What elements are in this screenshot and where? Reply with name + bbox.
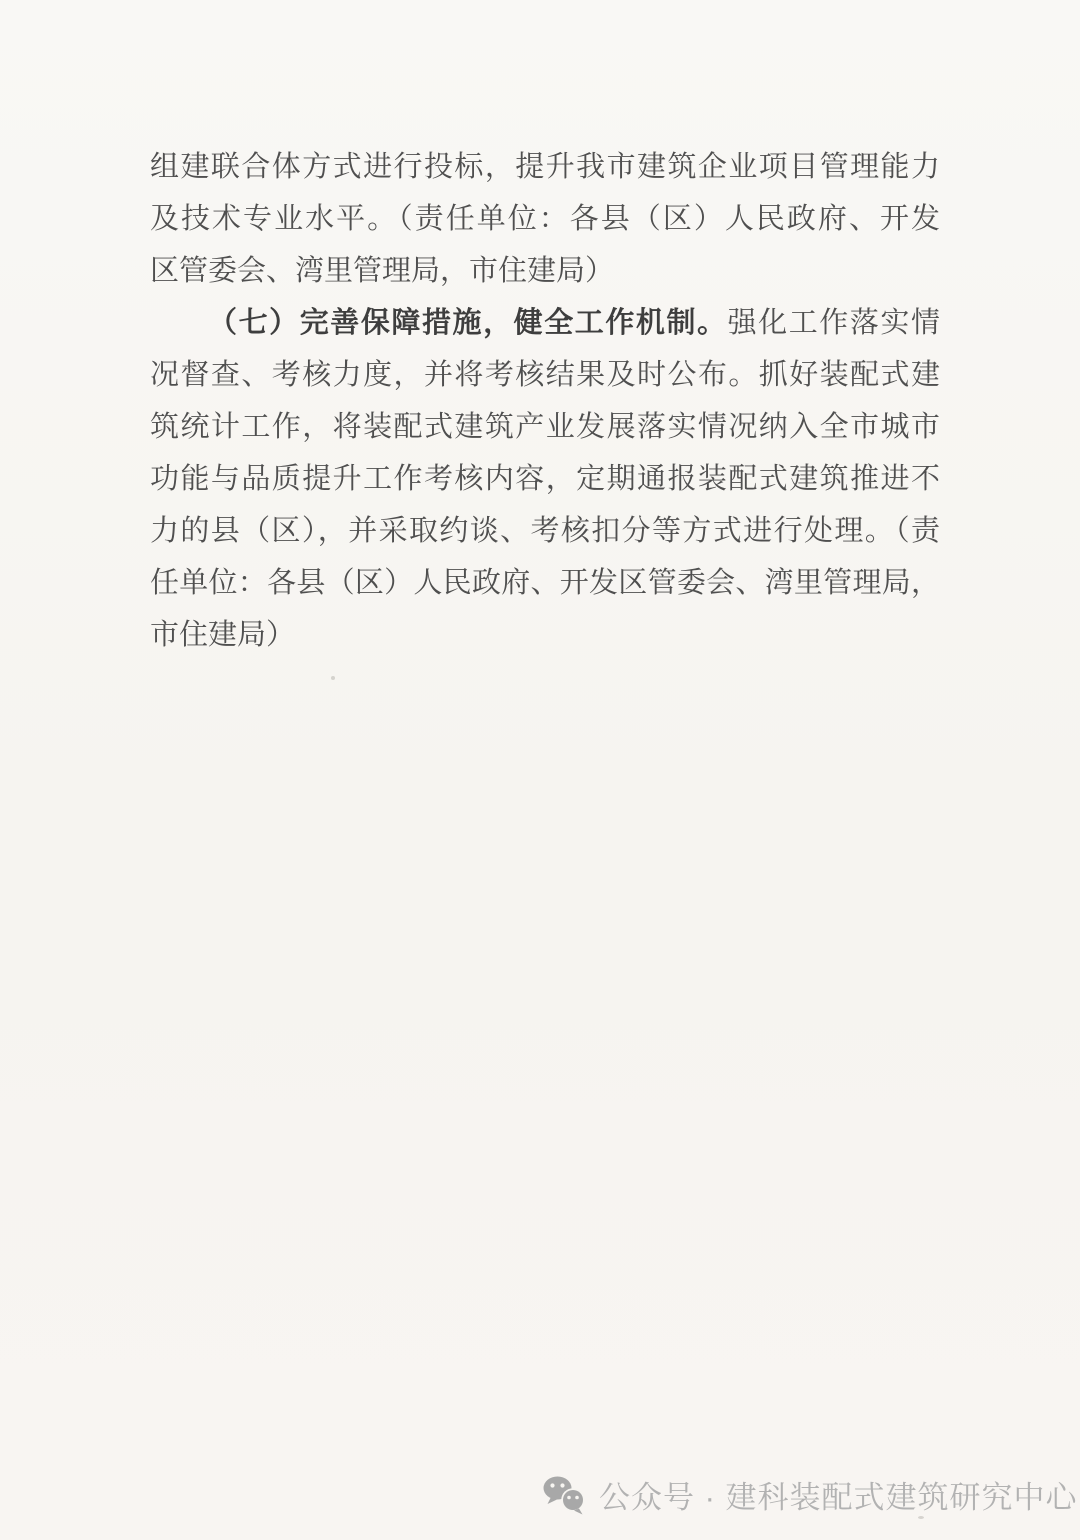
text-line: 组建联合体方式进行投标，提升我市建筑企业项目管理能力 — [150, 141, 940, 193]
text-line: 市住建局） — [150, 609, 940, 661]
wechat-icon — [542, 1475, 588, 1515]
section-heading: （七）完善保障措施，健全工作机制。 — [208, 307, 728, 339]
document-page: 组建联合体方式进行投标，提升我市建筑企业项目管理能力 及技术专业水平。（责任单位… — [0, 0, 1080, 1540]
text-line: 况督查、考核力度，并将考核结果及时公布。抓好装配式建 — [150, 349, 940, 401]
scan-speck — [331, 676, 335, 680]
text-line: 任单位：各县（区）人民政府、开发区管委会、湾里管理局， — [150, 557, 940, 609]
watermark-label: 公众号 · 建科装配式建筑研究中心 — [599, 1472, 1078, 1517]
text-line: 及技术专业水平。（责任单位：各县（区）人民政府、开发 — [150, 193, 940, 245]
text-line: 功能与品质提升工作考核内容，定期通报装配式建筑推进不 — [150, 453, 940, 505]
watermark-footer: 公众号 · 建科装配式建筑研究中心 — [542, 1472, 1078, 1517]
text-line: 力的县（区），并采取约谈、考核扣分等方式进行处理。（责 — [150, 505, 940, 557]
text-line: （七）完善保障措施，健全工作机制。强化工作落实情 — [150, 297, 940, 349]
text-run: 强化工作落实情 — [728, 307, 940, 339]
document-text-block: 组建联合体方式进行投标，提升我市建筑企业项目管理能力 及技术专业水平。（责任单位… — [150, 141, 940, 661]
text-line: 区管委会、湾里管理局，市住建局） — [150, 245, 940, 297]
scan-speck — [918, 1516, 924, 1519]
text-line: 筑统计工作，将装配式建筑产业发展落实情况纳入全市城市 — [150, 401, 940, 453]
